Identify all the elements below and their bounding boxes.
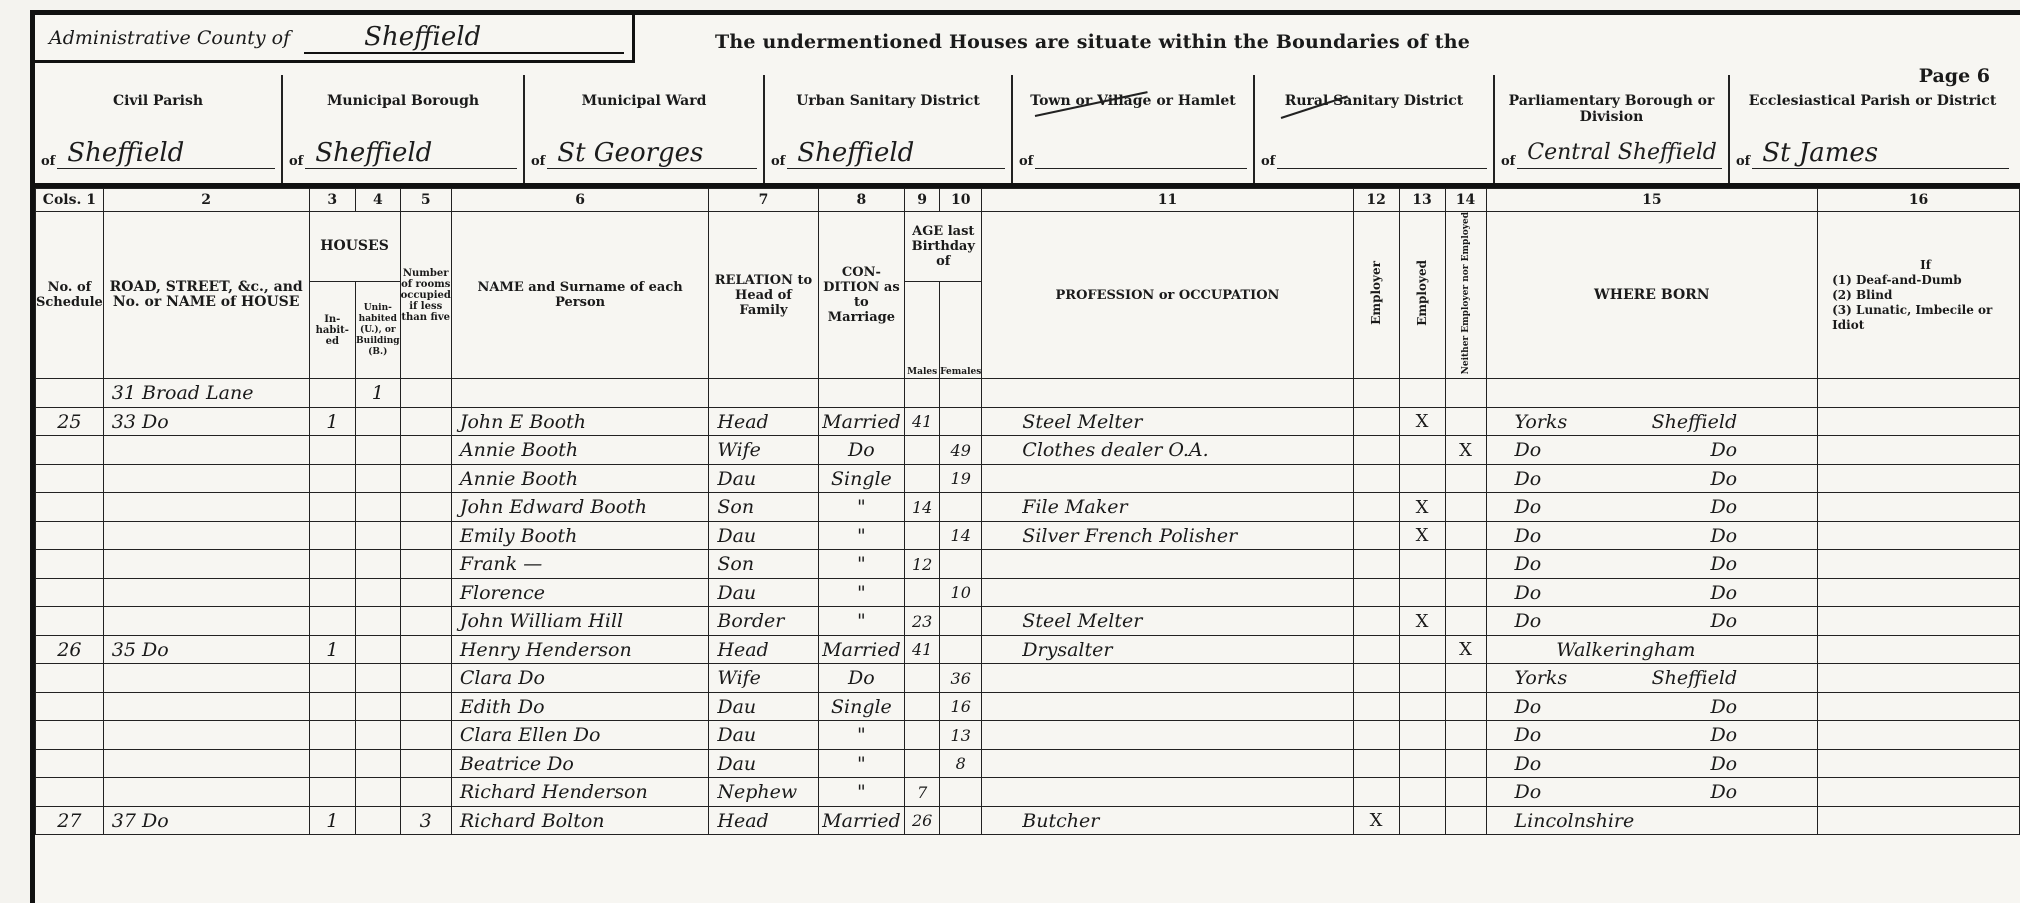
born-place: Do [1710,468,1737,490]
cell-name: Florence [451,578,709,607]
infirmity-option-1: (1) Deaf-and-Dumb [1832,273,2019,288]
cell-inhabited [309,607,356,636]
cell-occupation: Steel Melter [982,407,1353,436]
cell-employer [1353,521,1399,550]
cell-employed [1399,692,1445,721]
cell-infirmity [1818,806,2020,835]
cell-rooms [400,407,451,436]
cell-male-age [905,436,940,465]
cell-infirmity [1818,778,2020,807]
cell-male-age: 41 [905,407,940,436]
cell-where-born: DoDo [1486,464,1818,493]
cell-condition: Do [818,664,905,693]
cell-name: Henry Henderson [451,635,709,664]
census-rows: 31 Broad Lane 1 25 33 Do 1 John E Booth … [36,379,2020,835]
cell-employed [1399,379,1445,408]
cell-schedule: 26 [36,635,104,664]
cell-male-age: 12 [905,550,940,579]
cell-name: Richard Henderson [451,778,709,807]
cell-neither [1445,493,1486,522]
cell-female-age [940,607,982,636]
cell-neither [1445,664,1486,693]
cell-name: Richard Bolton [451,806,709,835]
cell-address: 35 Do [103,635,309,664]
table-row: Richard Henderson Nephew " 7 DoDo [36,778,2020,807]
cell-employer [1353,493,1399,522]
col-number: 13 [1399,189,1445,212]
cell-inhabited [309,664,356,693]
cell-where-born: DoDo [1486,692,1818,721]
cell-neither [1445,407,1486,436]
of-label: of [1261,154,1275,169]
cell-where-born: DoDo [1486,749,1818,778]
cell-occupation [982,721,1353,750]
cell-address: 31 Broad Lane [103,379,309,408]
cell-rooms [400,721,451,750]
born-county: Do [1515,582,1542,604]
col-number: 5 [400,189,451,212]
cell-where-born: DoDo [1486,721,1818,750]
cell-inhabited: 1 [309,635,356,664]
table-row: 26 35 Do 1 Henry Henderson Head Married … [36,635,2020,664]
cell-schedule [36,607,104,636]
header-relation: RELATION to Head of Family [709,212,818,379]
cell-address [103,578,309,607]
district-title: Civil Parish [35,93,281,109]
infirmity-option-2: (2) Blind [1832,288,2019,303]
cell-female-age [940,635,982,664]
cell-employed: X [1399,521,1445,550]
born-place: Do [1710,582,1737,604]
col-number: 16 [1818,189,2020,212]
table-row: 31 Broad Lane 1 [36,379,2020,408]
cell-relation: Nephew [709,778,818,807]
cell-employed [1399,635,1445,664]
header-condition: CON-DITION as to Marriage [818,212,905,379]
cell-infirmity [1818,578,2020,607]
district-municipal-ward: Municipal Ward ofSt Georges [525,75,765,183]
cell-inhabited [309,778,356,807]
cell-inhabited [309,521,356,550]
cell-neither [1445,521,1486,550]
born-county: Do [1515,496,1542,518]
cell-condition [818,379,905,408]
cell-occupation [982,578,1353,607]
col-number: 10 [940,189,982,212]
table-row: 25 33 Do 1 John E Booth Head Married 41 … [36,407,2020,436]
cell-occupation: Clothes dealer O.A. [982,436,1353,465]
cell-employed [1399,778,1445,807]
cell-employed [1399,664,1445,693]
cell-schedule [36,721,104,750]
cell-address [103,550,309,579]
cell-occupation [982,749,1353,778]
cell-infirmity [1818,436,2020,465]
cell-address [103,436,309,465]
census-table: Cols. 1 2 3 4 5 6 7 8 9 10 11 12 13 14 1… [35,183,2020,835]
cell-infirmity [1818,550,2020,579]
cell-relation: Dau [709,721,818,750]
cell-male-age: 14 [905,493,940,522]
district-town-village-hamlet: Town or Village or Hamlet of [1013,75,1255,183]
cell-schedule [36,749,104,778]
employer-label: Employer [1369,261,1384,325]
cell-condition: Married [818,407,905,436]
born-county: Do [1515,553,1542,575]
cell-schedule [36,521,104,550]
cell-employed [1399,721,1445,750]
cell-female-age [940,806,982,835]
cell-occupation: Drysalter [982,635,1353,664]
cell-name: Emily Booth [451,521,709,550]
cell-employer [1353,607,1399,636]
cell-neither [1445,464,1486,493]
cell-schedule: 27 [36,806,104,835]
cell-relation: Son [709,550,818,579]
col-number: 12 [1353,189,1399,212]
cell-neither [1445,550,1486,579]
cell-female-age [940,493,982,522]
cell-uninhabited [356,721,401,750]
cell-occupation [982,550,1353,579]
header-name: NAME and Surname of each Person [451,212,709,379]
cell-employer [1353,778,1399,807]
district-civil-parish: Civil Parish ofSheffield [35,75,283,183]
born-county: Do [1515,753,1542,775]
admin-county-label: Administrative County of [49,27,290,49]
cell-neither [1445,806,1486,835]
born-county: Yorks [1515,667,1568,689]
cell-schedule [36,464,104,493]
cell-relation: Wife [709,664,818,693]
cell-female-age [940,550,982,579]
cell-occupation [982,379,1353,408]
cell-uninhabited [356,664,401,693]
cell-male-age [905,692,940,721]
header-uninhabited: Unin-habited (U.), or Building (B.) [356,281,401,378]
cell-where-born: DoDo [1486,578,1818,607]
cell-where-born: YorksSheffield [1486,407,1818,436]
cell-address [103,664,309,693]
cell-infirmity [1818,749,2020,778]
cell-condition: " [818,721,905,750]
cell-uninhabited [356,749,401,778]
cell-where-born [1486,379,1818,408]
cell-female-age: 19 [940,464,982,493]
header-employer: Employer [1353,212,1399,379]
cell-relation: Head [709,635,818,664]
cell-rooms [400,493,451,522]
column-number-row: Cols. 1 2 3 4 5 6 7 8 9 10 11 12 13 14 1… [36,189,2020,212]
district-value: Sheffield [305,138,517,169]
col-number: 11 [982,189,1353,212]
cell-female-age: 13 [940,721,982,750]
cell-male-age [905,464,940,493]
cell-neither [1445,578,1486,607]
cell-employed [1399,749,1445,778]
cell-rooms [400,578,451,607]
cell-employer [1353,436,1399,465]
cell-inhabited [309,550,356,579]
column-header-row: No. of Schedule ROAD, STREET, &c., and N… [36,212,2020,282]
cell-address [103,521,309,550]
cell-male-age [905,749,940,778]
cell-rooms [400,607,451,636]
header-inhabited: In-habit-ed [309,281,356,378]
cell-inhabited [309,721,356,750]
district-title: Urban Sanitary District [765,93,1011,109]
born-place: Do [1710,610,1737,632]
cell-rooms [400,521,451,550]
cell-employed [1399,550,1445,579]
cell-employed [1399,464,1445,493]
col-number: Cols. 1 [36,189,104,212]
cell-rooms [400,749,451,778]
district-value: Sheffield [57,138,275,169]
table-row: Florence Dau " 10 DoDo [36,578,2020,607]
cell-relation: Dau [709,464,818,493]
cell-inhabited [309,749,356,778]
table-row: Beatrice Do Dau " 8 DoDo [36,749,2020,778]
born-county: Do [1515,525,1542,547]
cell-employer: X [1353,806,1399,835]
cell-name [451,379,709,408]
cell-address [103,692,309,721]
born-county: Do [1515,610,1542,632]
cell-relation: Dau [709,692,818,721]
table-row: 27 37 Do 1 3 Richard Bolton Head Married… [36,806,2020,835]
district-title: Municipal Borough [283,93,523,109]
cell-female-age: 16 [940,692,982,721]
of-label: of [1501,154,1515,169]
cell-employed [1399,806,1445,835]
cell-rooms: 3 [400,806,451,835]
cell-employer [1353,550,1399,579]
cell-uninhabited: 1 [356,379,401,408]
cell-inhabited [309,578,356,607]
table-row: John William Hill Border " 23 Steel Melt… [36,607,2020,636]
cell-rooms [400,464,451,493]
cell-employer [1353,578,1399,607]
born-county: Do [1515,439,1542,461]
header-neither: Neither Employer nor Employed [1445,212,1486,379]
cell-infirmity [1818,607,2020,636]
infirmity-if: If [1832,258,2019,273]
col-number: 8 [818,189,905,212]
cell-male-age [905,664,940,693]
cell-address: 37 Do [103,806,309,835]
cell-neither [1445,721,1486,750]
of-label: of [1736,154,1750,169]
cell-address [103,493,309,522]
header-infirmity: If (1) Deaf-and-Dumb (2) Blind (3) Lunat… [1818,212,2020,379]
boundaries-banner: The undermentioned Houses are situate wi… [715,31,1470,53]
cell-neither [1445,749,1486,778]
cell-infirmity [1818,521,2020,550]
cell-schedule [36,493,104,522]
cell-neither: X [1445,436,1486,465]
cell-uninhabited [356,407,401,436]
cell-rooms [400,664,451,693]
cell-uninhabited [356,607,401,636]
cell-male-age: 41 [905,635,940,664]
admin-county-value: Sheffield [304,22,624,54]
cell-schedule [36,550,104,579]
table-row: Clara Do Wife Do 36 YorksSheffield [36,664,2020,693]
cell-occupation [982,664,1353,693]
born-place: Walkeringham [1556,639,1695,661]
born-place: Do [1710,553,1737,575]
cell-schedule [36,778,104,807]
col-number: 9 [905,189,940,212]
of-label: of [771,154,785,169]
cell-schedule [36,436,104,465]
cell-schedule [36,578,104,607]
cell-address [103,721,309,750]
administrative-county: Administrative County of Sheffield [35,15,635,63]
cell-female-age [940,778,982,807]
table-row: Annie Booth Dau Single 19 DoDo [36,464,2020,493]
cell-uninhabited [356,550,401,579]
cell-employer [1353,635,1399,664]
cell-uninhabited [356,578,401,607]
cell-condition: Married [818,806,905,835]
cell-where-born: DoDo [1486,493,1818,522]
col-number: 4 [356,189,401,212]
cell-address [103,464,309,493]
cell-schedule [36,692,104,721]
cell-neither [1445,607,1486,636]
cell-male-age [905,521,940,550]
cell-relation: Son [709,493,818,522]
cell-condition: Married [818,635,905,664]
cell-employer [1353,721,1399,750]
cell-where-born: YorksSheffield [1486,664,1818,693]
cell-relation: Head [709,806,818,835]
cell-infirmity [1818,721,2020,750]
cell-inhabited: 1 [309,407,356,436]
cell-female-age: 14 [940,521,982,550]
cell-male-age: 7 [905,778,940,807]
district-value: St Georges [547,138,757,169]
cell-condition: " [818,607,905,636]
cell-inhabited [309,692,356,721]
table-row: Frank — Son " 12 DoDo [36,550,2020,579]
col-number: 2 [103,189,309,212]
cell-inhabited: 1 [309,806,356,835]
born-county: Yorks [1515,411,1568,433]
born-county: Do [1515,724,1542,746]
cell-male-age [905,721,940,750]
cell-employer [1353,379,1399,408]
cell-condition: " [818,521,905,550]
col-number: 7 [709,189,818,212]
cell-rooms [400,692,451,721]
born-place: Do [1710,696,1737,718]
district-title: Rural Sanitary District [1255,93,1493,109]
cell-where-born: DoDo [1486,607,1818,636]
district-urban-sanitary: Urban Sanitary District ofSheffield [765,75,1013,183]
cell-inhabited [309,464,356,493]
cell-female-age: 49 [940,436,982,465]
district-parliamentary-borough: Parliamentary Borough or Division ofCent… [1495,75,1730,183]
col-number: 15 [1486,189,1818,212]
born-place: Do [1710,496,1737,518]
cell-occupation: Silver French Polisher [982,521,1353,550]
cell-infirmity [1818,692,2020,721]
header-employed: Employed [1399,212,1445,379]
table-row: Clara Ellen Do Dau " 13 DoDo [36,721,2020,750]
district-value: Sheffield [787,138,1005,169]
header-females: Females [940,281,982,378]
header-rooms: Number of rooms occupied if less than fi… [400,212,451,379]
cell-name: Clara Do [451,664,709,693]
cell-name: Beatrice Do [451,749,709,778]
cell-uninhabited [356,464,401,493]
employed-label: Employed [1415,260,1430,326]
born-county: Do [1515,781,1542,803]
cell-infirmity [1818,407,2020,436]
table-row: Annie Booth Wife Do 49 Clothes dealer O.… [36,436,2020,465]
cell-rooms [400,550,451,579]
cell-relation: Dau [709,578,818,607]
cell-occupation [982,464,1353,493]
cell-male-age: 26 [905,806,940,835]
neither-label: Neither Employer nor Employed [1461,212,1471,374]
header-males: Males [905,281,940,378]
cell-address [103,607,309,636]
cell-infirmity [1818,379,2020,408]
cell-female-age [940,379,982,408]
born-place: Do [1710,525,1737,547]
district-value: St James [1752,138,2009,169]
district-municipal-borough: Municipal Borough ofSheffield [283,75,525,183]
district-value [1035,138,1247,169]
born-county: Lincolnshire [1515,810,1635,832]
cell-name: Clara Ellen Do [451,721,709,750]
cell-employed: X [1399,493,1445,522]
cell-relation: Dau [709,749,818,778]
cell-infirmity [1818,493,2020,522]
district-title: Municipal Ward [525,93,763,109]
cell-relation: Border [709,607,818,636]
cell-inhabited [309,493,356,522]
cell-name: Annie Booth [451,464,709,493]
col-number: 6 [451,189,709,212]
table-row: Edith Do Dau Single 16 DoDo [36,692,2020,721]
born-county: Do [1515,696,1542,718]
cell-male-age [905,578,940,607]
cell-condition: " [818,749,905,778]
district-value: Central Sheffield [1517,138,1722,169]
cell-employer [1353,407,1399,436]
cell-address [103,778,309,807]
born-place: Do [1710,781,1737,803]
cell-infirmity [1818,664,2020,693]
cell-employer [1353,749,1399,778]
cell-relation: Dau [709,521,818,550]
header-address: ROAD, STREET, &c., and No. or NAME of HO… [103,212,309,379]
cell-relation: Head [709,407,818,436]
cell-female-age: 10 [940,578,982,607]
cell-uninhabited [356,692,401,721]
cell-name: Frank — [451,550,709,579]
cell-schedule [36,379,104,408]
cell-inhabited [309,436,356,465]
district-value [1277,138,1487,169]
cell-occupation: Steel Melter [982,607,1353,636]
cell-name: John Edward Booth [451,493,709,522]
